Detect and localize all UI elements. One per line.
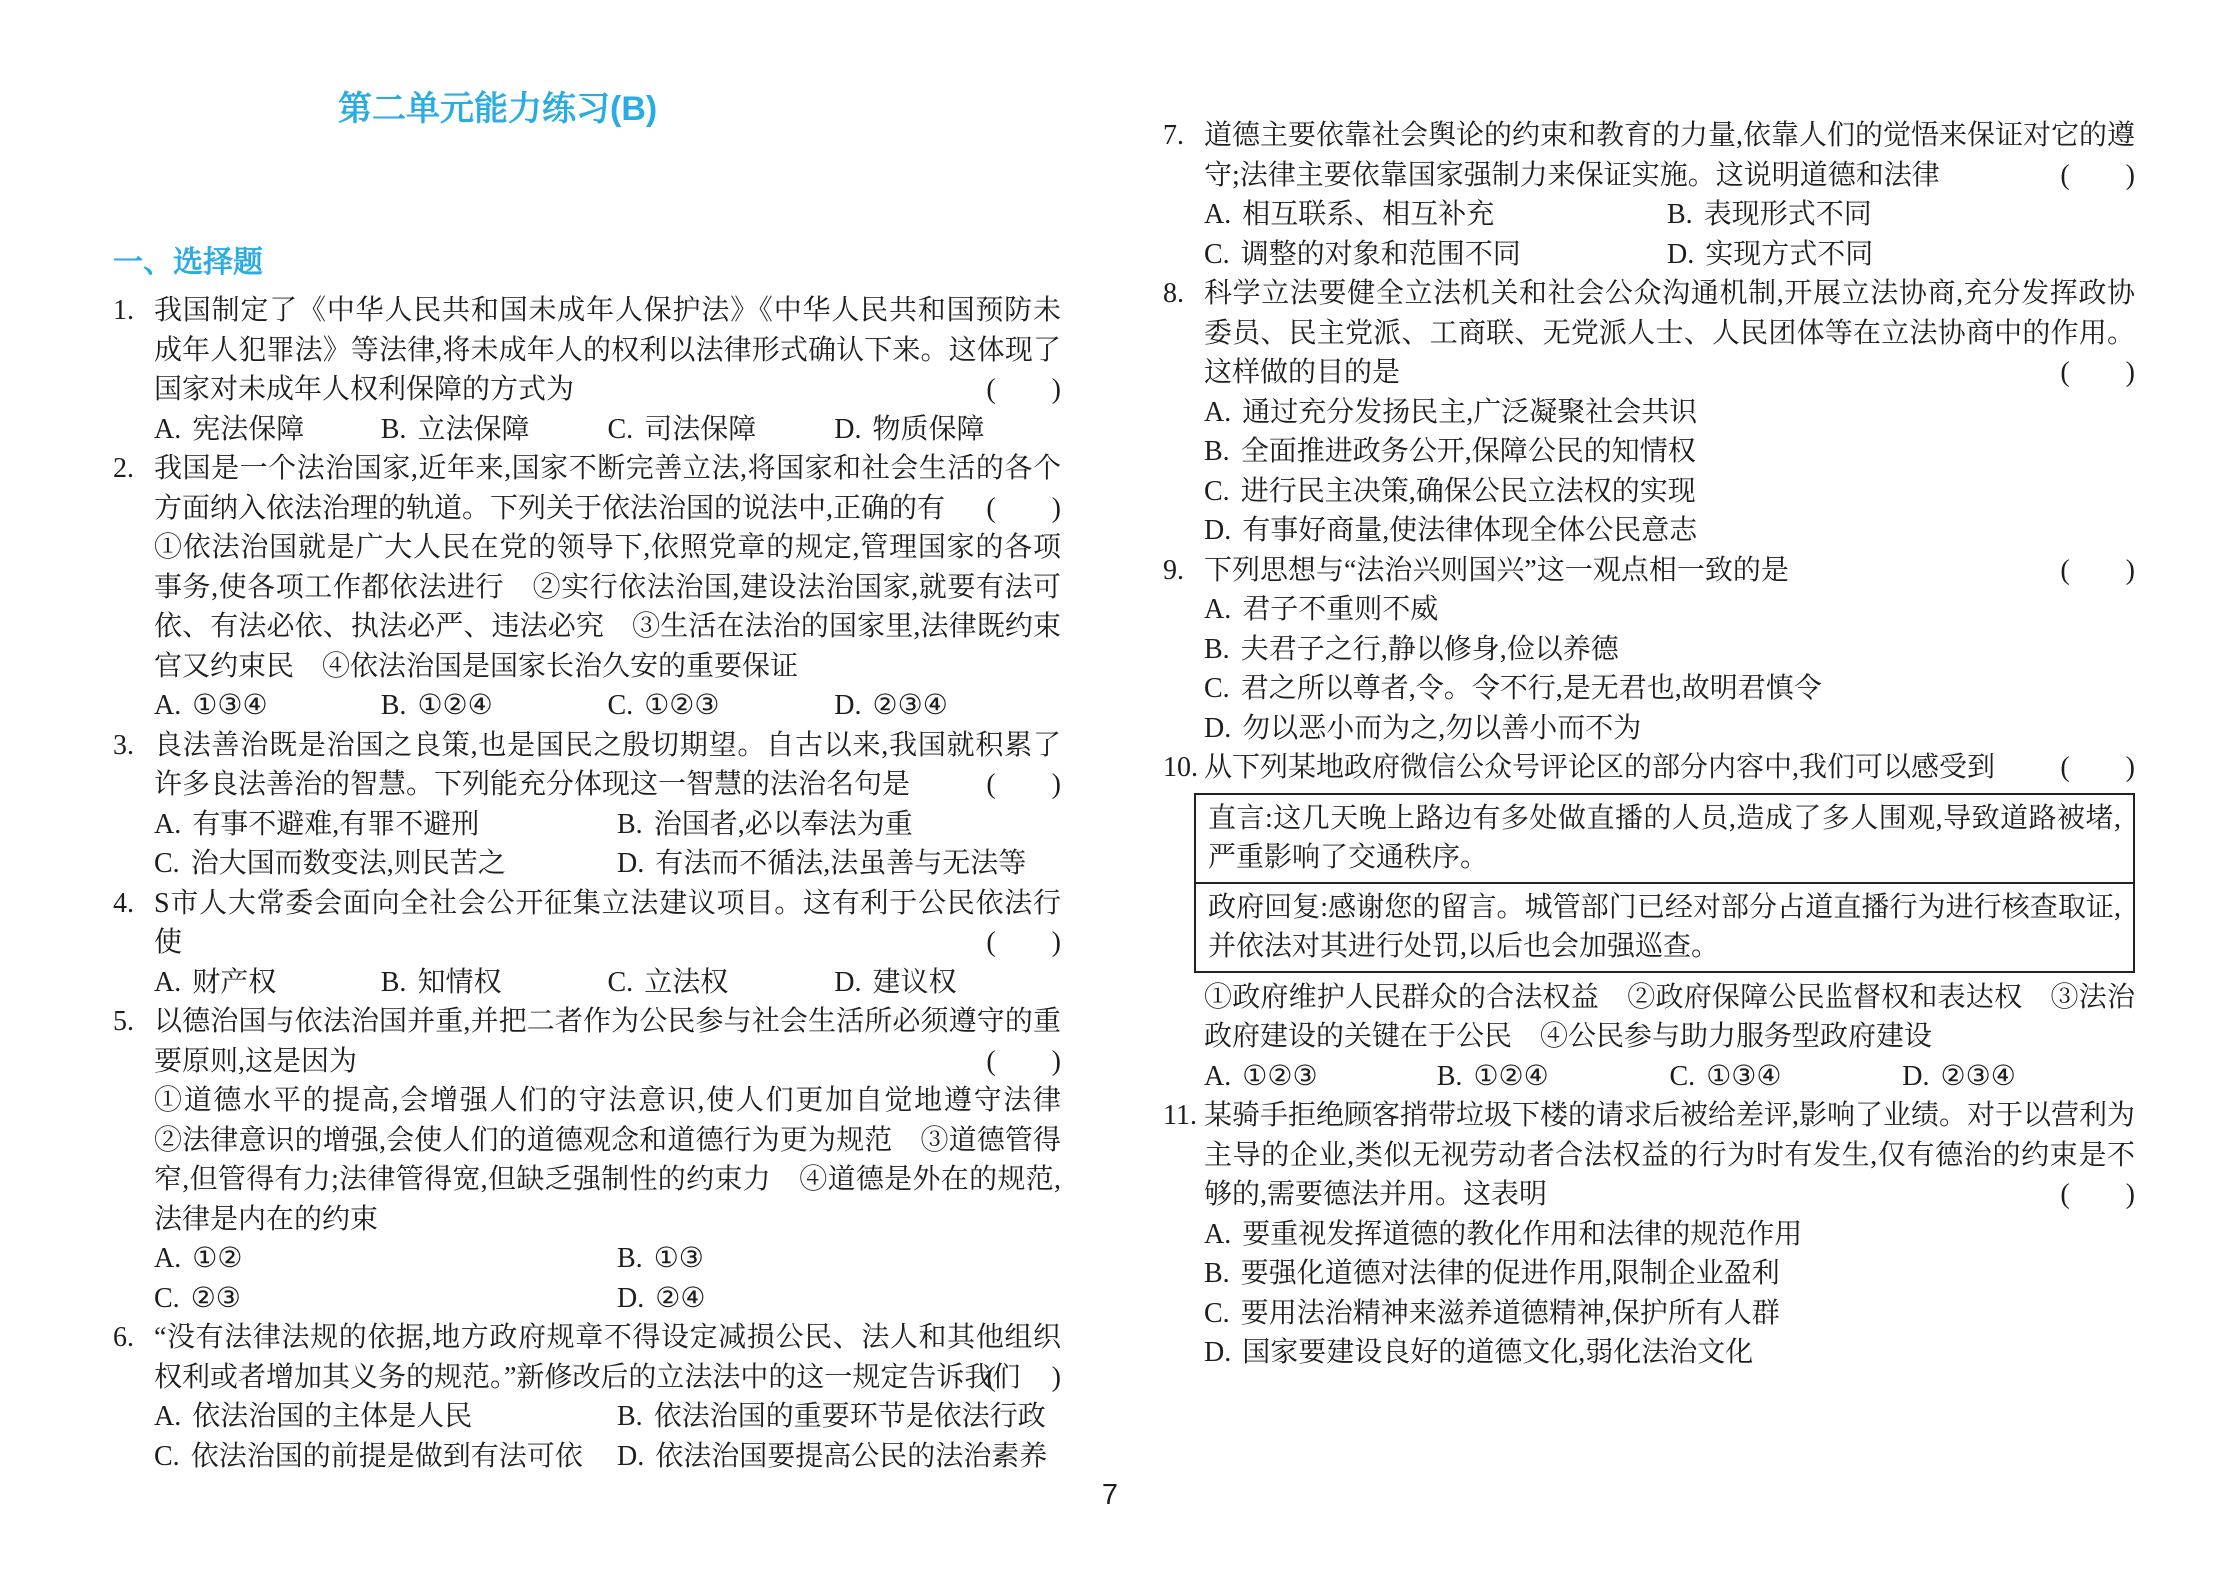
option-text: 国家要建设良好的道德文化,弱化法治文化 [1242,1337,1753,1368]
question: 5.以德治国与依法治国并重,并把二者作为公民参与社会生活所必须遵守的重要原则,这… [113,1002,1061,1318]
option-label: A. [154,690,181,721]
question-number: 8. [1163,274,1204,314]
option: C.依法治国的前提是做到有法可依 [154,1437,617,1477]
option: A.宪法保障 [154,410,381,450]
option-label: C. [154,1283,180,1314]
option-label: D. [617,1441,644,1472]
option-text: ①②③ [644,690,719,721]
question-body: 道德主要依靠社会舆论的约束和教育的力量,依靠人们的觉悟来保证对它的遵守;法律主要… [1204,116,2135,274]
option-label: C. [608,414,634,445]
option: C.君之所以尊者,令。令不行,是无君也,故明君慎令 [1204,669,2135,709]
question-stem: 我国是一个法治国家,近年来,国家不断完善立法,将国家和社会生活的各个方面纳入依法… [154,449,1061,528]
question-stem: 以德治国与依法治国并重,并把二者作为公民参与社会生活所必须遵守的重要原则,这是因… [154,1002,1061,1081]
question: 1.我国制定了《中华人民共和国未成年人保护法》《中华人民共和国预防未成年人犯罪法… [113,291,1061,449]
question-stem: 某骑手拒绝顾客捎带垃圾下楼的请求后被给差评,影响了业绩。对于以营利为主导的企业,… [1204,1096,2135,1215]
answer-bracket: ( ) [2060,353,2135,393]
option-label: B. [381,414,407,445]
question-number: 1. [113,291,154,331]
option-label: D. [1902,1061,1929,1092]
question-number: 7. [1163,116,1204,156]
option-text: ②③④ [1940,1061,2015,1092]
option-text: 全面推进政务公开,保障公民的知情权 [1241,436,1696,467]
option-text: 夫君子之行,静以修身,俭以养德 [1241,634,1619,665]
option: A.通过充分发扬民主,广泛凝聚社会共识 [1204,393,2135,433]
option-label: A. [154,414,181,445]
question: 8.科学立法要健全立法机关和社会公众沟通机制,开展立法协商,充分发挥政协委员、民… [1163,274,2135,551]
answer-bracket: ( ) [2060,156,2135,196]
option-text: 表现形式不同 [1704,199,1872,230]
question: 6.“没有法律法规的依据,地方政府规章不得设定减损公民、法人和其他组织权利或者增… [113,1318,1061,1476]
answer-bracket: ( ) [986,923,1061,963]
question-stem-text: 科学立法要健全立法机关和社会公众沟通机制,开展立法协商,充分发挥政协委员、民主党… [1204,278,2135,388]
answer-bracket: ( ) [986,1042,1061,1082]
question-number: 9. [1163,551,1204,591]
option: C.②③ [154,1279,617,1319]
option: D.建议权 [834,963,1061,1003]
option: A.有事不避难,有罪不避刑 [154,805,617,845]
option-label: A. [154,809,181,840]
option-label: D. [1204,713,1231,744]
option-label: B. [617,809,643,840]
option: B.①②④ [1437,1057,1670,1097]
option-text: 有事不避难,有罪不避刑 [192,809,479,840]
option: D.有法而不循法,法虽善与无法等 [617,844,1061,884]
worksheet-page: 第二单元能力练习(B) 一、选择题 1.我国制定了《中华人民共和国未成年人保护法… [0,0,2220,1571]
option-label: D. [1204,515,1231,546]
option-text: 进行民主决策,确保公民立法权的实现 [1241,476,1696,507]
option-label: A. [1204,397,1231,428]
option: C.①②③ [608,686,835,726]
answer-bracket: ( ) [986,1358,1061,1398]
option-text: 依法治国的主体是人民 [192,1401,472,1432]
question: 2.我国是一个法治国家,近年来,国家不断完善立法,将国家和社会生活的各个方面纳入… [113,449,1061,726]
question: 11.某骑手拒绝顾客捎带垃圾下楼的请求后被给差评,影响了业绩。对于以营利为主导的… [1163,1096,2135,1373]
option: D.实现方式不同 [1667,235,2135,275]
right-question-list: 7.道德主要依靠社会舆论的约束和教育的力量,依靠人们的觉悟来保证对它的遵守;法律… [1163,116,2135,1373]
question-body: S市人大常委会面向全社会公开征集立法建议项目。这有利于公民依法行使( )A.财产… [154,884,1061,1003]
question-stem-text: 以德治国与依法治国并重,并把二者作为公民参与社会生活所必须遵守的重要原则,这是因… [154,1006,1061,1077]
question-stem: S市人大常委会面向全社会公开征集立法建议项目。这有利于公民依法行使( ) [154,884,1061,963]
option-text: 有事好商量,使法律体现全体公民意志 [1242,515,1697,546]
question-subitems: ①依法治国就是广大人民在党的领导下,依照党章的规定,管理国家的各项事务,使各项工… [154,528,1061,686]
option-text: ①② [192,1243,242,1274]
option-text: 君之所以尊者,令。令不行,是无君也,故明君慎令 [1241,673,1822,704]
option-group: A.相互联系、相互补充B.表现形式不同C.调整的对象和范围不同D.实现方式不同 [1204,195,2135,274]
option-label: B. [1437,1061,1463,1092]
option: B.治国者,必以奉法为重 [617,805,1061,845]
option-text: 相互联系、相互补充 [1242,199,1494,230]
question-body: 我国是一个法治国家,近年来,国家不断完善立法,将国家和社会生活的各个方面纳入依法… [154,449,1061,726]
page-number: 7 [0,1476,2220,1516]
question-subitems: ①政府维护人民群众的合法权益 ②政府保障公民监督权和表达权 ③法治政府建设的关键… [1204,978,2135,1057]
option-label: B. [381,690,407,721]
comment-box-row: 直言:这几天晚上路边有多处做直播的人员,造成了多人围观,导致道路被堵,严重影响了… [1196,795,2133,882]
left-column: 第二单元能力练习(B) 一、选择题 1.我国制定了《中华人民共和国未成年人保护法… [113,85,1061,1476]
answer-bracket: ( ) [2060,551,2135,591]
question-body: 下列思想与“法治兴则国兴”这一观点相一致的是( )A.君子不重则不威B.夫君子之… [1204,551,2135,749]
question-number: 3. [113,726,154,766]
option-label: B. [1204,1258,1230,1289]
option: C.司法保障 [608,410,835,450]
option-label: C. [1670,1061,1696,1092]
option: C.进行民主决策,确保公民立法权的实现 [1204,472,2135,512]
question-body: 某骑手拒绝顾客捎带垃圾下楼的请求后被给差评,影响了业绩。对于以营利为主导的企业,… [1204,1096,2135,1373]
question-body: 我国制定了《中华人民共和国未成年人保护法》《中华人民共和国预防未成年人犯罪法》等… [154,291,1061,449]
option-group: A.①③④B.①②④C.①②③D.②③④ [154,686,1061,726]
question-stem-text: 我国是一个法治国家,近年来,国家不断完善立法,将国家和社会生活的各个方面纳入依法… [154,453,1061,524]
option-text: 要重视发挥道德的教化作用和法律的规范作用 [1242,1219,1802,1250]
question: 3.良法善治既是治国之良策,也是国民之殷切期望。自古以来,我国就积累了许多良法善… [113,726,1061,884]
option-label: A. [154,1243,181,1274]
question-stem: 下列思想与“法治兴则国兴”这一观点相一致的是( ) [1204,551,2135,591]
question-number: 5. [113,1002,154,1042]
option-label: D. [834,414,861,445]
option: D.物质保障 [834,410,1061,450]
option-label: D. [834,967,861,998]
question-stem-text: “没有法律法规的依据,地方政府规章不得设定减损公民、法人和其他组织权利或者增加其… [154,1322,1061,1393]
option-label: B. [1667,199,1693,230]
option-text: 知情权 [417,967,501,998]
option-text: ②③ [191,1283,241,1314]
question-stem-text: 从下列某地政府微信公众号评论区的部分内容中,我们可以感受到 [1204,752,1995,783]
question-body: “没有法律法规的依据,地方政府规章不得设定减损公民、法人和其他组织权利或者增加其… [154,1318,1061,1476]
left-question-list: 1.我国制定了《中华人民共和国未成年人保护法》《中华人民共和国预防未成年人犯罪法… [113,291,1061,1476]
option-group: A.①②③B.①②④C.①③④D.②③④ [1204,1057,2135,1097]
option-text: 要强化道德对法律的促进作用,限制企业盈利 [1241,1258,1780,1289]
option-label: B. [617,1401,643,1432]
option-label: C. [154,848,180,879]
option: B.夫君子之行,静以修身,俭以养德 [1204,630,2135,670]
question-number: 4. [113,884,154,924]
question-stem-text: S市人大常委会面向全社会公开征集立法建议项目。这有利于公民依法行使 [154,888,1061,959]
option-text: 立法保障 [417,414,529,445]
option-label: B. [617,1243,643,1274]
question-stem: “没有法律法规的依据,地方政府规章不得设定减损公民、法人和其他组织权利或者增加其… [154,1318,1061,1397]
question-stem-text: 良法善治既是治国之良策,也是国民之殷切期望。自古以来,我国就积累了许多良法善治的… [154,730,1061,801]
question-stem-text: 我国制定了《中华人民共和国未成年人保护法》《中华人民共和国预防未成年人犯罪法》等… [154,295,1061,405]
option-label: D. [617,848,644,879]
option-group: A.财产权B.知情权C.立法权D.建议权 [154,963,1061,1003]
option-text: 依法治国的前提是做到有法可依 [191,1441,583,1472]
option: B.知情权 [381,963,608,1003]
question-stem-text: 某骑手拒绝顾客捎带垃圾下楼的请求后被给差评,影响了业绩。对于以营利为主导的企业,… [1204,1100,2135,1210]
option-text: 实现方式不同 [1705,239,1873,270]
option: A.①③④ [154,686,381,726]
option-text: 治国者,必以奉法为重 [654,809,913,840]
option-text: ①②④ [1473,1061,1548,1092]
option-text: 勿以恶小而为之,勿以善小而不为 [1242,713,1641,744]
option: D.依法治国要提高公民的法治素养 [617,1437,1061,1477]
option: A.要重视发挥道德的教化作用和法律的规范作用 [1204,1215,2135,1255]
option-text: 君子不重则不威 [1242,594,1438,625]
option: A.①②③ [1204,1057,1437,1097]
answer-bracket: ( ) [2060,1175,2135,1215]
option: B.①③ [617,1239,1061,1279]
question-number: 6. [113,1318,154,1358]
answer-bracket: ( ) [986,765,1061,805]
option-group: A.要重视发挥道德的教化作用和法律的规范作用B.要强化道德对法律的促进作用,限制… [1204,1215,2135,1373]
option-text: 调整的对象和范围不同 [1241,239,1521,270]
option-label: C. [1204,239,1230,270]
option-label: D. [834,690,861,721]
question-stem-text: 道德主要依靠社会舆论的约束和教育的力量,依靠人们的觉悟来保证对它的遵守;法律主要… [1204,120,2135,191]
option-group: A.通过充分发扬民主,广泛凝聚社会共识B.全面推进政务公开,保障公民的知情权C.… [1204,393,2135,551]
option: C.要用法治精神来滋养道德精神,保护所有人群 [1204,1294,2135,1334]
option-text: 治大国而数变法,则民苦之 [191,848,506,879]
option-label: D. [1204,1337,1231,1368]
option-label: A. [1204,1061,1231,1092]
option-label: D. [1667,239,1694,270]
option-text: 依法治国的重要环节是依法行政 [654,1401,1046,1432]
option-label: C. [608,967,634,998]
option-text: ①②③ [1242,1061,1317,1092]
option-group: A.有事不避难,有罪不避刑B.治国者,必以奉法为重C.治大国而数变法,则民苦之D… [154,805,1061,884]
option: B.全面推进政务公开,保障公民的知情权 [1204,432,2135,472]
question-stem-text: 下列思想与“法治兴则国兴”这一观点相一致的是 [1204,555,1789,586]
option: C.调整的对象和范围不同 [1204,235,1667,275]
option: D.②④ [617,1279,1061,1319]
option-text: 宪法保障 [192,414,304,445]
option: C.治大国而数变法,则民苦之 [154,844,617,884]
option: D.勿以恶小而为之,勿以善小而不为 [1204,709,2135,749]
question-stem: 道德主要依靠社会舆论的约束和教育的力量,依靠人们的觉悟来保证对它的遵守;法律主要… [1204,116,2135,195]
question-body: 科学立法要健全立法机关和社会公众沟通机制,开展立法协商,充分发挥政协委员、民主党… [1204,274,2135,551]
option: C.立法权 [608,963,835,1003]
option: A.相互联系、相互补充 [1204,195,1667,235]
option-text: 物质保障 [872,414,984,445]
option-label: C. [1204,1298,1230,1329]
option-group: A.①②B.①③C.②③D.②④ [154,1239,1061,1318]
option-text: 依法治国要提高公民的法治素养 [655,1441,1047,1472]
option-text: ②④ [655,1283,705,1314]
option: A.君子不重则不威 [1204,590,2135,630]
question-stem: 科学立法要健全立法机关和社会公众沟通机制,开展立法协商,充分发挥政协委员、民主党… [1204,274,2135,393]
option-text: ①③ [654,1243,704,1274]
option-text: 建议权 [872,967,956,998]
question-stem: 从下列某地政府微信公众号评论区的部分内容中,我们可以感受到( ) [1204,748,2135,788]
question-subitems: ①道德水平的提高,会增强人们的守法意识,使人们更加自觉地遵守法律 ②法律意识的增… [154,1081,1061,1239]
section-heading: 一、选择题 [113,243,1061,283]
option-text: 财产权 [192,967,276,998]
option-label: A. [1204,199,1231,230]
option-label: C. [1204,476,1230,507]
question-body: 以德治国与依法治国并重,并把二者作为公民参与社会生活所必须遵守的重要原则,这是因… [154,1002,1061,1318]
question: 9.下列思想与“法治兴则国兴”这一观点相一致的是( )A.君子不重则不威B.夫君… [1163,551,2135,749]
option-label: B. [1204,634,1230,665]
option-text: 司法保障 [644,414,756,445]
question-body: 良法善治既是治国之良策,也是国民之殷切期望。自古以来,我国就积累了许多良法善治的… [154,726,1061,884]
option-label: A. [154,967,181,998]
answer-bracket: ( ) [986,489,1061,529]
question: 7.道德主要依靠社会舆论的约束和教育的力量,依靠人们的觉悟来保证对它的遵守;法律… [1163,116,2135,274]
option: B.表现形式不同 [1667,195,2135,235]
option-text: ①③④ [1706,1061,1781,1092]
option-label: A. [154,1401,181,1432]
option-label: B. [381,967,407,998]
option-text: 要用法治精神来滋养道德精神,保护所有人群 [1241,1298,1780,1329]
comment-box-row: 政府回复:感谢您的留言。城管部门已经对部分占道直播行为进行核查取证,并依法对其进… [1196,882,2133,971]
question-number: 2. [113,449,154,489]
option-label: C. [1204,673,1230,704]
option-text: 立法权 [644,967,728,998]
option-label: B. [1204,436,1230,467]
option: B.立法保障 [381,410,608,450]
question: 4.S市人大常委会面向全社会公开征集立法建议项目。这有利于公民依法行使( )A.… [113,884,1061,1003]
option-group: A.宪法保障B.立法保障C.司法保障D.物质保障 [154,410,1061,450]
option-text: 有法而不循法,法虽善与无法等 [655,848,1026,879]
option-label: D. [617,1283,644,1314]
option: A.财产权 [154,963,381,1003]
option-text: ①②④ [417,690,492,721]
option: A.依法治国的主体是人民 [154,1397,617,1437]
question-stem: 良法善治既是治国之良策,也是国民之殷切期望。自古以来,我国就积累了许多良法善治的… [154,726,1061,805]
question: 10.从下列某地政府微信公众号评论区的部分内容中,我们可以感受到( )直言:这几… [1163,748,2135,1096]
option-label: A. [1204,1219,1231,1250]
option-label: C. [154,1441,180,1472]
option-label: A. [1204,594,1231,625]
option: B.要强化道德对法律的促进作用,限制企业盈利 [1204,1254,2135,1294]
option-text: ②③④ [872,690,947,721]
option: D.②③④ [1902,1057,2135,1097]
option: C.①③④ [1670,1057,1903,1097]
option-text: 通过充分发扬民主,广泛凝聚社会共识 [1242,397,1697,428]
question-number: 11. [1163,1096,1204,1136]
question-body: 从下列某地政府微信公众号评论区的部分内容中,我们可以感受到( )直言:这几天晚上… [1204,748,2135,1096]
option: A.①② [154,1239,617,1279]
option: D.国家要建设良好的道德文化,弱化法治文化 [1204,1333,2135,1373]
option-group: A.君子不重则不威B.夫君子之行,静以修身,俭以养德C.君之所以尊者,令。令不行… [1204,590,2135,748]
option-group: A.依法治国的主体是人民B.依法治国的重要环节是依法行政C.依法治国的前提是做到… [154,1397,1061,1476]
option-label: C. [608,690,634,721]
question-stem: 我国制定了《中华人民共和国未成年人保护法》《中华人民共和国预防未成年人犯罪法》等… [154,291,1061,410]
option-text: ①③④ [192,690,267,721]
option: B.依法治国的重要环节是依法行政 [617,1397,1061,1437]
page-title: 第二单元能力练习(B) [338,85,1061,133]
answer-bracket: ( ) [986,370,1061,410]
option: D.有事好商量,使法律体现全体公民意志 [1204,511,2135,551]
answer-bracket: ( ) [2060,748,2135,788]
question-number: 10. [1163,748,1204,788]
right-column: 7.道德主要依靠社会舆论的约束和教育的力量,依靠人们的觉悟来保证对它的遵守;法律… [1163,116,2135,1373]
option: B.①②④ [381,686,608,726]
comment-box: 直言:这几天晚上路边有多处做直播的人员,造成了多人围观,导致道路被堵,严重影响了… [1194,793,2135,973]
option: D.②③④ [834,686,1061,726]
